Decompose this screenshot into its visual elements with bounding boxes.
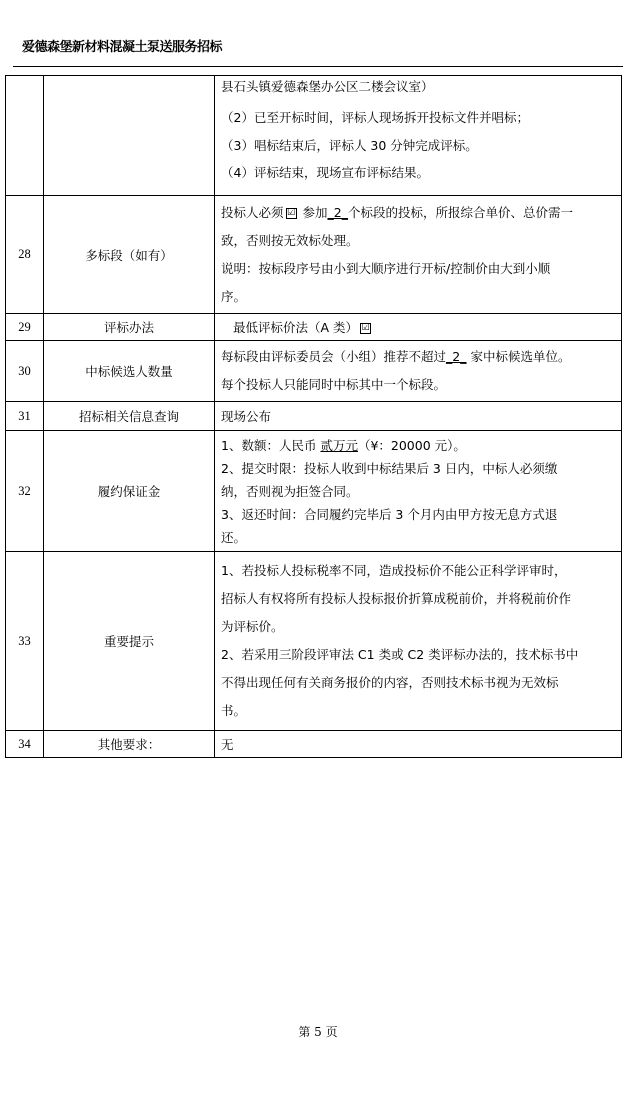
content-line: 还。 bbox=[221, 526, 615, 549]
content-line: （4）评标结束，现场宣布评标结果。 bbox=[221, 160, 615, 186]
content-line: 每个投标人只能同时中标其中一个标段。 bbox=[221, 371, 615, 399]
content-line: 说明：按标段序号由小到大顺序进行开标/控制价由大到小顺 bbox=[221, 255, 615, 283]
row-number: 34 bbox=[6, 731, 44, 758]
table-row: 32 履约保证金 1、数额：人民币 贰万元（¥：20000 元）。 2、提交时限… bbox=[6, 431, 622, 552]
table-row: 28 多标段（如有） 投标人必须☑ 参加_2_个标段的投标，所报综合单价、总价需… bbox=[6, 196, 622, 314]
row-label: 中标候选人数量 bbox=[44, 341, 215, 402]
content-line: 纳，否则视为拒签合同。 bbox=[221, 480, 615, 503]
content-text: 最低评标价法（A 类） bbox=[233, 320, 358, 335]
row-content-cell: 现场公布 bbox=[215, 402, 622, 431]
content-text: 现场公布 bbox=[221, 409, 271, 424]
row-label-cell bbox=[44, 76, 215, 196]
content-line: 3、返还时间：合同履约完毕后 3 个月内由甲方按无息方式退 bbox=[221, 503, 615, 526]
bid-spec-table: 县石头镇爱德森堡办公区二楼会议室） （2）已至开标时间，评标人现场拆开投标文件并… bbox=[5, 75, 622, 758]
document-title: 爱德森堡新材料混凝土泵送服务招标 bbox=[22, 36, 222, 55]
content-line: 不得出现任何有关商务报价的内容，否则技术标书视为无效标 bbox=[221, 669, 615, 697]
row-content-cell: 1、数额：人民币 贰万元（¥：20000 元）。 2、提交时限：投标人收到中标结… bbox=[215, 431, 622, 552]
row-number: 29 bbox=[6, 314, 44, 341]
content-text: 投标人必须 bbox=[221, 205, 284, 220]
segment-count-value: _2_ bbox=[328, 205, 348, 220]
row-label: 招标相关信息查询 bbox=[44, 402, 215, 431]
table-row: 31 招标相关信息查询 现场公布 bbox=[6, 402, 622, 431]
candidate-count-value: _2_ bbox=[446, 349, 466, 364]
table-row: 30 中标候选人数量 每标段由评标委员会（小组）推荐不超过_2_ 家中标候选单位… bbox=[6, 341, 622, 402]
content-line: 序。 bbox=[221, 283, 615, 311]
table-row-continuation: 县石头镇爱德森堡办公区二楼会议室） （2）已至开标时间，评标人现场拆开投标文件并… bbox=[6, 76, 622, 196]
page-number: 第 5 页 bbox=[0, 1023, 636, 1040]
content-line: 2、若采用三阶段评审法 C1 类或 C2 类评标办法的，技术标书中 bbox=[221, 641, 615, 669]
content-line: 县石头镇爱德森堡办公区二楼会议室） bbox=[221, 76, 615, 98]
row-number: 32 bbox=[6, 431, 44, 552]
content-line: 招标人有权将所有投标人投标报价折算成税前价，并将税前价作 bbox=[221, 585, 615, 613]
checkbox-checked-icon[interactable]: ☑ bbox=[360, 323, 371, 334]
content-line: 书。 bbox=[221, 697, 615, 725]
row-label: 评标办法 bbox=[44, 314, 215, 341]
row-number: 30 bbox=[6, 341, 44, 402]
content-text: 参加 bbox=[299, 205, 328, 220]
row-label: 履约保证金 bbox=[44, 431, 215, 552]
table-row: 33 重要提示 1、若投标人投标税率不同，造成投标价不能公正科学评审时， 招标人… bbox=[6, 552, 622, 731]
content-text: （¥：20000 元）。 bbox=[358, 438, 466, 453]
row-number: 33 bbox=[6, 552, 44, 731]
row-number-cell bbox=[6, 76, 44, 196]
content-text: 无 bbox=[221, 737, 234, 752]
row-content-cell: 每标段由评标委员会（小组）推荐不超过_2_ 家中标候选单位。 每个投标人只能同时… bbox=[215, 341, 622, 402]
row-content-cell: 投标人必须☑ 参加_2_个标段的投标，所报综合单价、总价需一 致，否则按无效标处… bbox=[215, 196, 622, 314]
row-label: 多标段（如有） bbox=[44, 196, 215, 314]
row-content-cell: 最低评标价法（A 类）☑ bbox=[215, 314, 622, 341]
content-line: 致，否则按无效标处理。 bbox=[221, 227, 615, 255]
content-text: 每标段由评标委员会（小组）推荐不超过 bbox=[221, 349, 446, 364]
row-number: 31 bbox=[6, 402, 44, 431]
deposit-amount-value: 贰万元 bbox=[320, 438, 358, 453]
content-text: 1、数额：人民币 bbox=[221, 438, 320, 453]
content-line: 2、提交时限：投标人收到中标结果后 3 日内，中标人必须缴 bbox=[221, 457, 615, 480]
row-label: 其他要求： bbox=[44, 731, 215, 758]
table-row: 29 评标办法 最低评标价法（A 类）☑ bbox=[6, 314, 622, 341]
content-line: 为评标价。 bbox=[221, 613, 615, 641]
checkbox-checked-icon[interactable]: ☑ bbox=[286, 208, 297, 219]
content-text: 家中标候选单位。 bbox=[466, 349, 570, 364]
header-rule bbox=[13, 66, 623, 67]
row-number: 28 bbox=[6, 196, 44, 314]
row-content-cell: 1、若投标人投标税率不同，造成投标价不能公正科学评审时， 招标人有权将所有投标人… bbox=[215, 552, 622, 731]
content-line: （2）已至开标时间，评标人现场拆开投标文件并唱标； bbox=[221, 104, 615, 132]
row-content-cell: 无 bbox=[215, 731, 622, 758]
content-line: 1、若投标人投标税率不同，造成投标价不能公正科学评审时， bbox=[221, 557, 615, 585]
content-text: 个标段的投标，所报综合单价、总价需一 bbox=[348, 205, 573, 220]
row-label: 重要提示 bbox=[44, 552, 215, 731]
table-row: 34 其他要求： 无 bbox=[6, 731, 622, 758]
row-content-cell: 县石头镇爱德森堡办公区二楼会议室） （2）已至开标时间，评标人现场拆开投标文件并… bbox=[215, 76, 622, 196]
content-line: （3）唱标结束后，评标人 30 分钟完成评标。 bbox=[221, 132, 615, 160]
